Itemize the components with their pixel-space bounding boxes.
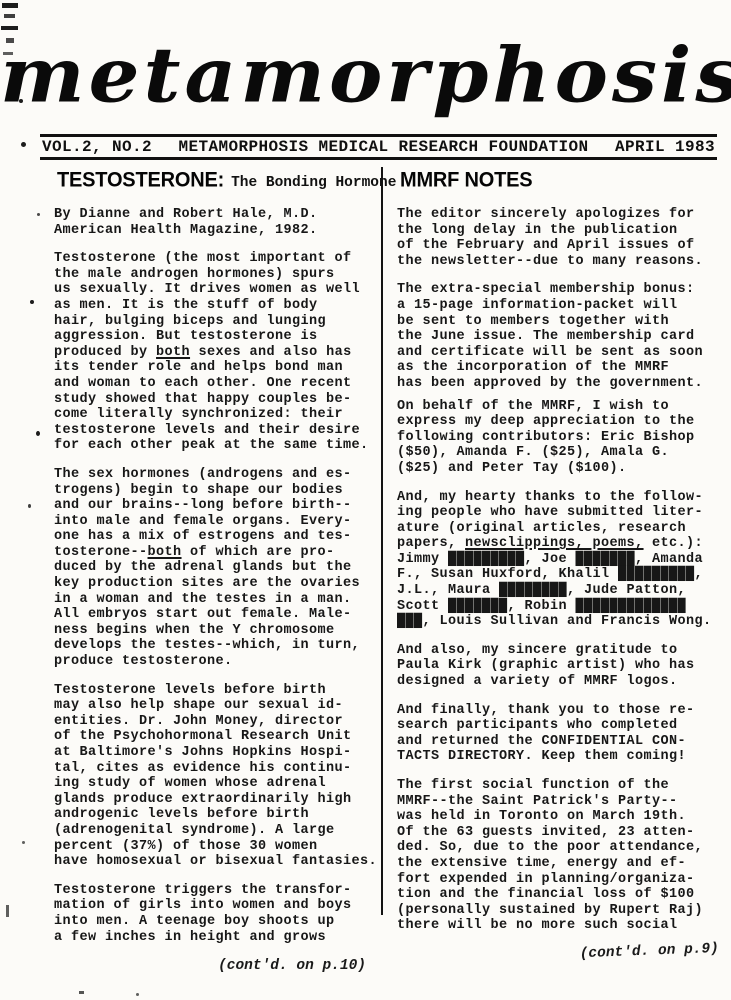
paragraph: Testosterone (the most important of the … [54,251,380,454]
scan-artifact [21,142,26,147]
scan-artifact [28,504,31,508]
scan-artifact [3,52,13,55]
scan-artifact [4,14,15,18]
masthead: VOL.2, NO.2 METAMORPHOSIS MEDICAL RESEAR… [40,134,717,160]
article-mmrf-notes: MMRF NOTES The editor sincerely apologiz… [397,169,723,974]
scan-artifact [22,841,25,844]
right-article-title: MMRF NOTES [400,168,532,192]
paragraph: The first social function of the MMRF--t… [397,778,723,934]
scan-artifact [79,991,84,994]
right-continued-note: (cont'd. on p.9) [397,941,723,970]
article-columns: TESTOSTERONE:The Bonding Hormone By Dian… [54,169,723,974]
paragraph: The extra-special membership bonus: a 15… [397,282,723,391]
right-article-headline: MMRF NOTES [400,169,723,191]
paragraph: The editor sincerely apologizes for the … [397,207,723,269]
masthead-date: APRIL 1983 [615,138,715,157]
scan-artifact [6,38,14,43]
scan-artifact [36,431,40,436]
left-article-headline: TESTOSTERONE:The Bonding Hormone [57,169,380,191]
masthead-title: METAMORPHOSIS MEDICAL RESEARCH FOUNDATIO… [178,138,588,157]
scan-artifact [1,26,18,30]
left-article-body: Testosterone (the most important of the … [54,251,380,945]
paragraph: Testosterone triggers the transfor- mati… [54,883,380,945]
column-divider-rule [381,167,383,915]
right-article-body: The editor sincerely apologizes for the … [397,207,723,934]
paragraph: And finally, thank you to those re- sear… [397,703,723,765]
paragraph: Testosterone levels before birth may als… [54,683,380,870]
scan-artifact [37,213,40,216]
article-testosterone: TESTOSTERONE:The Bonding Hormone By Dian… [54,169,380,974]
newsletter-page: metamorphosis VOL.2, NO.2 METAMORPHOSIS … [0,0,731,1000]
paragraph: The sex hormones (androgens and es- trog… [54,467,380,670]
left-continued-note: (cont'd. on p.10) [54,958,380,974]
newsletter-logo: metamorphosis [0,29,731,124]
masthead-volume: VOL.2, NO.2 [42,138,152,157]
paragraph: And also, my sincere gratitude to Paula … [397,643,723,690]
left-article-title: TESTOSTERONE: [57,168,224,192]
scan-artifact [136,993,139,996]
scan-artifact [19,99,23,103]
left-article-subtitle: The Bonding Hormone [231,175,396,191]
paragraph: And, my hearty thanks to the follow- ing… [397,490,723,630]
scan-artifact [6,905,9,917]
paragraph: On behalf of the MMRF, I wish to express… [397,399,723,477]
scan-artifact [30,300,34,304]
scan-artifact [2,3,18,8]
byline: By Dianne and Robert Hale, M.D. American… [54,207,380,238]
